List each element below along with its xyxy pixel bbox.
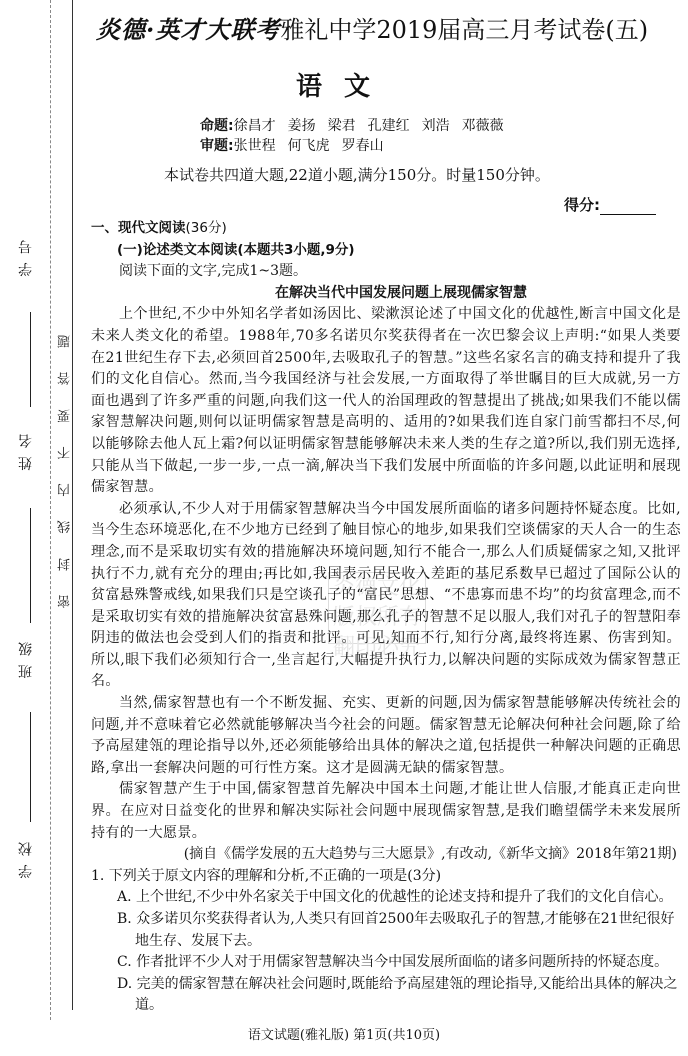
setter: 刘浩	[422, 118, 450, 134]
article-paragraph: 当然,儒家智慧也有一个不断发掘、充实、更新的问题,因为儒家智慧能够解决传统社会的…	[91, 693, 681, 779]
setter: 徐昌才	[234, 118, 276, 134]
exam-name: 雅礼中学2019届高三月考试卷(五)	[280, 16, 648, 44]
setter: 邓薇薇	[462, 118, 504, 134]
setters-label: 命题:	[200, 118, 234, 134]
article-paragraph: 上个世纪,不少中外知名学者如汤因比、梁漱溟论述了中国文化的优越性,断言中国文化是…	[91, 304, 681, 498]
student-id-field[interactable]	[30, 312, 31, 407]
reviewer: 罗春山	[342, 138, 384, 154]
score-box: 得分:	[564, 194, 656, 215]
option-a: A. 上个世纪,不少中外名家关于中国文化的优越性的论述支持和提升了我们的文化自信…	[91, 887, 681, 909]
student-id-label: 学 号	[16, 238, 36, 276]
question-body: 一、现代文阅读(36分) (一)论述类文本阅读(本题共3小题,9分) 阅读下面的…	[91, 218, 681, 1017]
article-paragraph: 儒家智慧产生于中国,儒家智慧首先解决中国本土问题,才能让世人信服,才能真正走向世…	[91, 779, 681, 844]
score-field[interactable]	[600, 200, 656, 215]
class-field[interactable]	[30, 712, 31, 822]
exam-intro: 本试卷共四道大题,22道小题,满分150分。时量150分钟。	[164, 164, 550, 185]
setter: 姜扬	[288, 118, 316, 134]
setters-row: 命题:徐昌才姜扬梁君孔建红刘浩邓薇薇	[200, 116, 516, 136]
article-paragraph: 必须承认,不少人对于用儒家智慧解决当今中国发展所面临的诸多问题持怀疑态度。比如,…	[91, 499, 681, 693]
article-source: (摘自《儒学发展的五大趋势与三大愿景》,有改动,《新华文摘》2018年第21期)	[91, 844, 681, 866]
fold-line-dotted	[50, 0, 51, 1020]
section-title: 一、现代文阅读	[91, 220, 186, 236]
setter: 梁君	[328, 118, 356, 134]
question-stem: 1. 下列关于原文内容的理解和分析,不正确的一项是(3分)	[91, 866, 681, 888]
section-heading: 一、现代文阅读(36分)	[91, 218, 681, 240]
option-d: D. 完美的儒家智慧在解决社会问题时,既能给予高屋建瓴的理论指导,又能给出具体的…	[91, 974, 681, 1017]
reviewer: 何飞虎	[288, 138, 330, 154]
subsection-heading: (一)论述类文本阅读(本题共3小题,9分)	[91, 240, 681, 262]
brand-name: 炎德·英才大联考	[96, 15, 280, 44]
reviewer: 张世程	[234, 138, 276, 154]
page-footer: 语文试题(雅礼版) 第1页(共10页)	[0, 1024, 688, 1043]
reviewers-row: 审题:张世程何飞虎罗春山	[200, 136, 516, 156]
exam-title: 炎德·英才大联考雅礼中学2019届高三月考试卷(五)	[96, 10, 688, 45]
class-label: 班 级	[16, 640, 36, 678]
reading-instruction: 阅读下面的文字,完成1~3题。	[91, 261, 681, 283]
reviewers-label: 审题:	[200, 138, 234, 154]
article-title: 在解决当代中国发展问题上展现儒家智慧	[91, 283, 681, 305]
section-points: (36分)	[186, 220, 227, 236]
option-b: B. 众多诺贝尔奖获得者认为,人类只有回首2500年去吸取孔子的智慧,才能够在2…	[91, 909, 681, 952]
seal-warning-text: 密 封 线 内 不 要 答 题	[56, 325, 75, 608]
score-label: 得分:	[564, 196, 600, 214]
option-c: C. 作者批评不少人对于用儒家智慧解决当今中国发展所面临的诸多问题所持的怀疑态度…	[91, 952, 681, 974]
name-label: 姓 名	[16, 432, 36, 470]
subject-title: 语文	[0, 66, 688, 103]
school-label: 学 校	[16, 840, 36, 878]
name-field[interactable]	[30, 508, 31, 623]
credits: 命题:徐昌才姜扬梁君孔建红刘浩邓薇薇 审题:张世程何飞虎罗春山	[200, 116, 516, 156]
setter: 孔建红	[368, 118, 410, 134]
